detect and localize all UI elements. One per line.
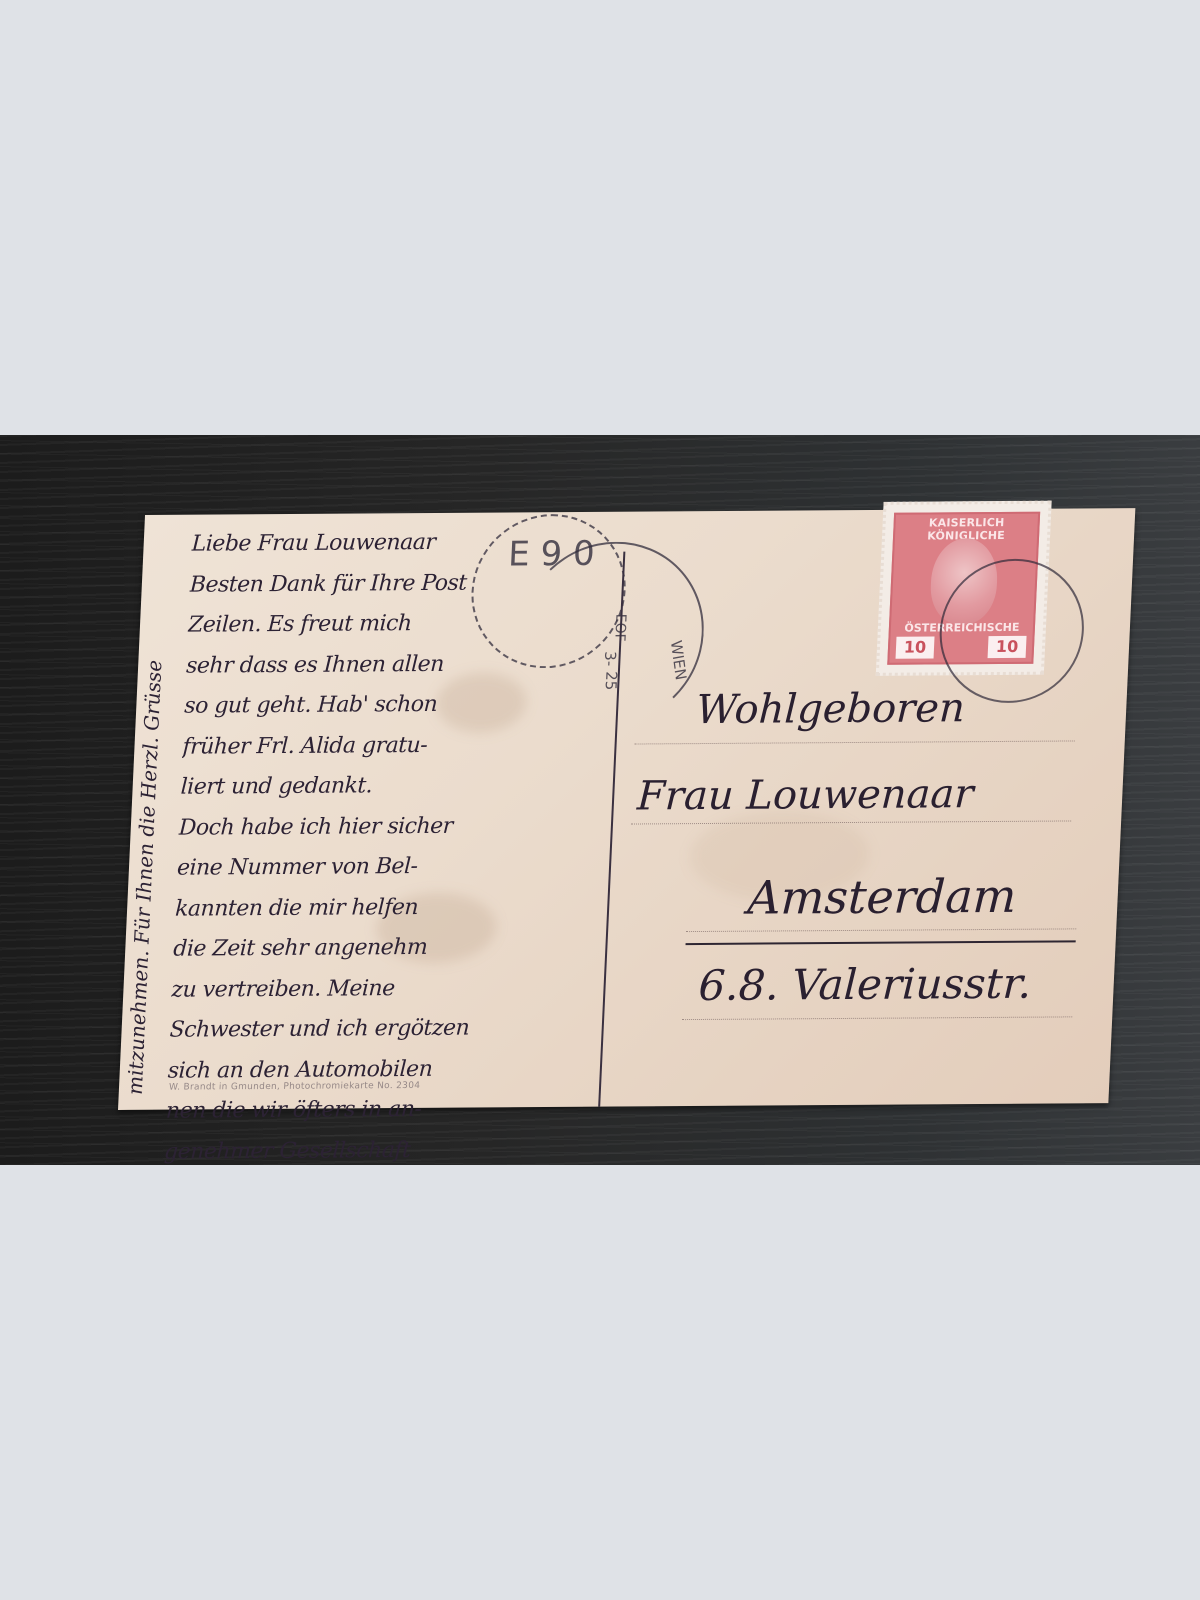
address-rule (682, 1016, 1072, 1020)
address-rule (631, 820, 1071, 824)
message-line: Liebe Frau Louwenaar (191, 522, 633, 566)
address-city: Amsterdam (746, 869, 1017, 925)
message-line: sehr dass es Ihnen allen (185, 643, 627, 687)
address-rule (635, 740, 1075, 744)
message-line: früher Frl. Alida gratu- (182, 724, 624, 768)
message-line: Besten Dank für Ihre Post (189, 562, 631, 606)
photo-background-wood-table: E 9 0 EOF 3- 25 WIEN Liebe Frau Louwenaa… (0, 435, 1200, 1165)
message-line: Zeilen. Es freut mich (187, 603, 629, 647)
message-line: genehmer Gesellschaft (163, 1129, 605, 1173)
message-line: Schwester und ich ergötzen (169, 1008, 611, 1052)
address-street: 6.8. Valeriusstr. (698, 959, 1033, 1010)
handwritten-message: Liebe Frau Louwenaar Besten Dank für Ihr… (163, 522, 633, 1173)
postcard: E 9 0 EOF 3- 25 WIEN Liebe Frau Louwenaa… (118, 508, 1135, 1110)
message-line: Doch habe ich hier sicher (178, 805, 620, 849)
message-line: kannten die mir helfen (174, 886, 616, 930)
message-line: eine Nummer von Bel- (176, 846, 618, 890)
message-line: nen die wir öfters in an- (165, 1089, 607, 1133)
message-line: liert und gedankt. (180, 765, 622, 809)
address-name: Frau Louwenaar (636, 771, 974, 819)
publisher-imprint: W. Brandt in Gmunden, Photochromiekarte … (169, 1081, 421, 1093)
address-underline (686, 940, 1076, 945)
address-rule (686, 928, 1076, 932)
message-line: zu vertreiben. Meine (171, 967, 613, 1011)
address-salutation: Wohlgeboren (695, 685, 966, 733)
stamp-denomination-left: 10 (896, 636, 935, 658)
margin-note: mitzunehmen. Für Ihnen die Herzl. Grüsse (123, 535, 172, 1095)
message-line: die Zeit sehr angenehm (172, 927, 614, 971)
message-line: so gut geht. Hab' schon (183, 684, 625, 728)
